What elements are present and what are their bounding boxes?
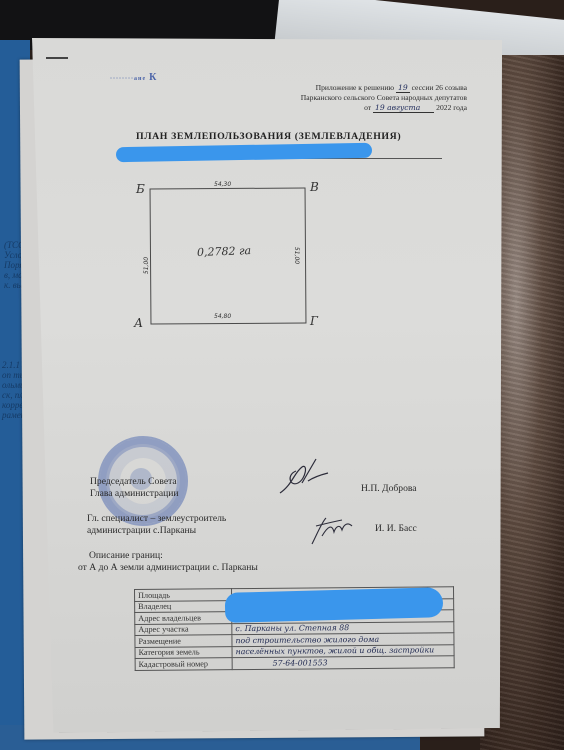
dimension-bottom: 54,80 [214, 313, 231, 320]
decision-date: 19 августа [373, 103, 434, 113]
table-row: Кадастровый номер57-64-001553 [135, 656, 454, 670]
row-label: Адрес участка [135, 623, 232, 635]
role-line: администрации с.Парканы [87, 525, 226, 537]
corner-label-g: Г [310, 314, 318, 328]
signatory-1-role: Председатель Совета Глава администрации [90, 476, 179, 500]
header-text: 2022 года [436, 103, 467, 112]
dimension-top: 54,30 [214, 181, 231, 188]
cadastral-number: 57-64-001553 [232, 656, 454, 669]
boundary-label: Описание границ: [89, 550, 163, 562]
role-line: Гл. специалист – землеустроитель [87, 513, 226, 525]
corner-label-v: В [310, 180, 319, 194]
role-line: Председатель Совета [90, 476, 179, 488]
document-title: ПЛАН ЗЕМЛЕПОЛЬЗОВАНИЯ (ЗЕМЛЕВЛАДЕНИЯ) [136, 131, 401, 142]
header-text: от [364, 103, 371, 112]
row-label: Площадь [135, 589, 232, 601]
dimension-right: 51,00 [293, 247, 300, 264]
header-text: сессии 26 созыва [412, 83, 467, 92]
stamp-letter: К [149, 72, 157, 83]
signature-1 [272, 455, 332, 500]
row-label: Адрес владельцев [135, 612, 232, 624]
corner-label-b: Б [136, 182, 145, 196]
appendix-header: Приложение к решению 19 сессии 26 созыва… [255, 83, 467, 113]
header-text: Приложение к решению [316, 83, 394, 92]
row-label: Размещение [135, 635, 232, 647]
signatory-1-name: Н.П. Доброва [361, 483, 417, 495]
role-line: Глава администрации [90, 488, 179, 500]
stamp-text: ········ане [110, 76, 146, 82]
corner-label-a: А [134, 316, 143, 330]
decision-number: 19 [396, 83, 410, 93]
signatory-2-name: И. И. Басс [375, 523, 417, 535]
header-line-1: Приложение к решению 19 сессии 26 созыва [255, 83, 467, 93]
row-label: Кадастровый номер [135, 658, 232, 670]
plot-area: 0,2782 га [197, 244, 252, 259]
header-line-3: от 19 августа 2022 года [255, 103, 467, 113]
dimension-left: 51,00 [143, 257, 150, 274]
header-line-2: Парканского сельского Совета народных де… [255, 93, 467, 103]
signature-2 [308, 512, 358, 548]
row-label: Категория земель [135, 646, 232, 658]
owner-info-redaction [225, 587, 444, 623]
faint-stamp: ········анеК [110, 72, 157, 83]
row-label: Владелец [135, 600, 232, 612]
dash-mark [46, 57, 68, 59]
signatory-2-role: Гл. специалист – землеустроитель админис… [87, 513, 226, 537]
boundary-text: от А до А земли администрации с. Парканы [78, 562, 258, 574]
